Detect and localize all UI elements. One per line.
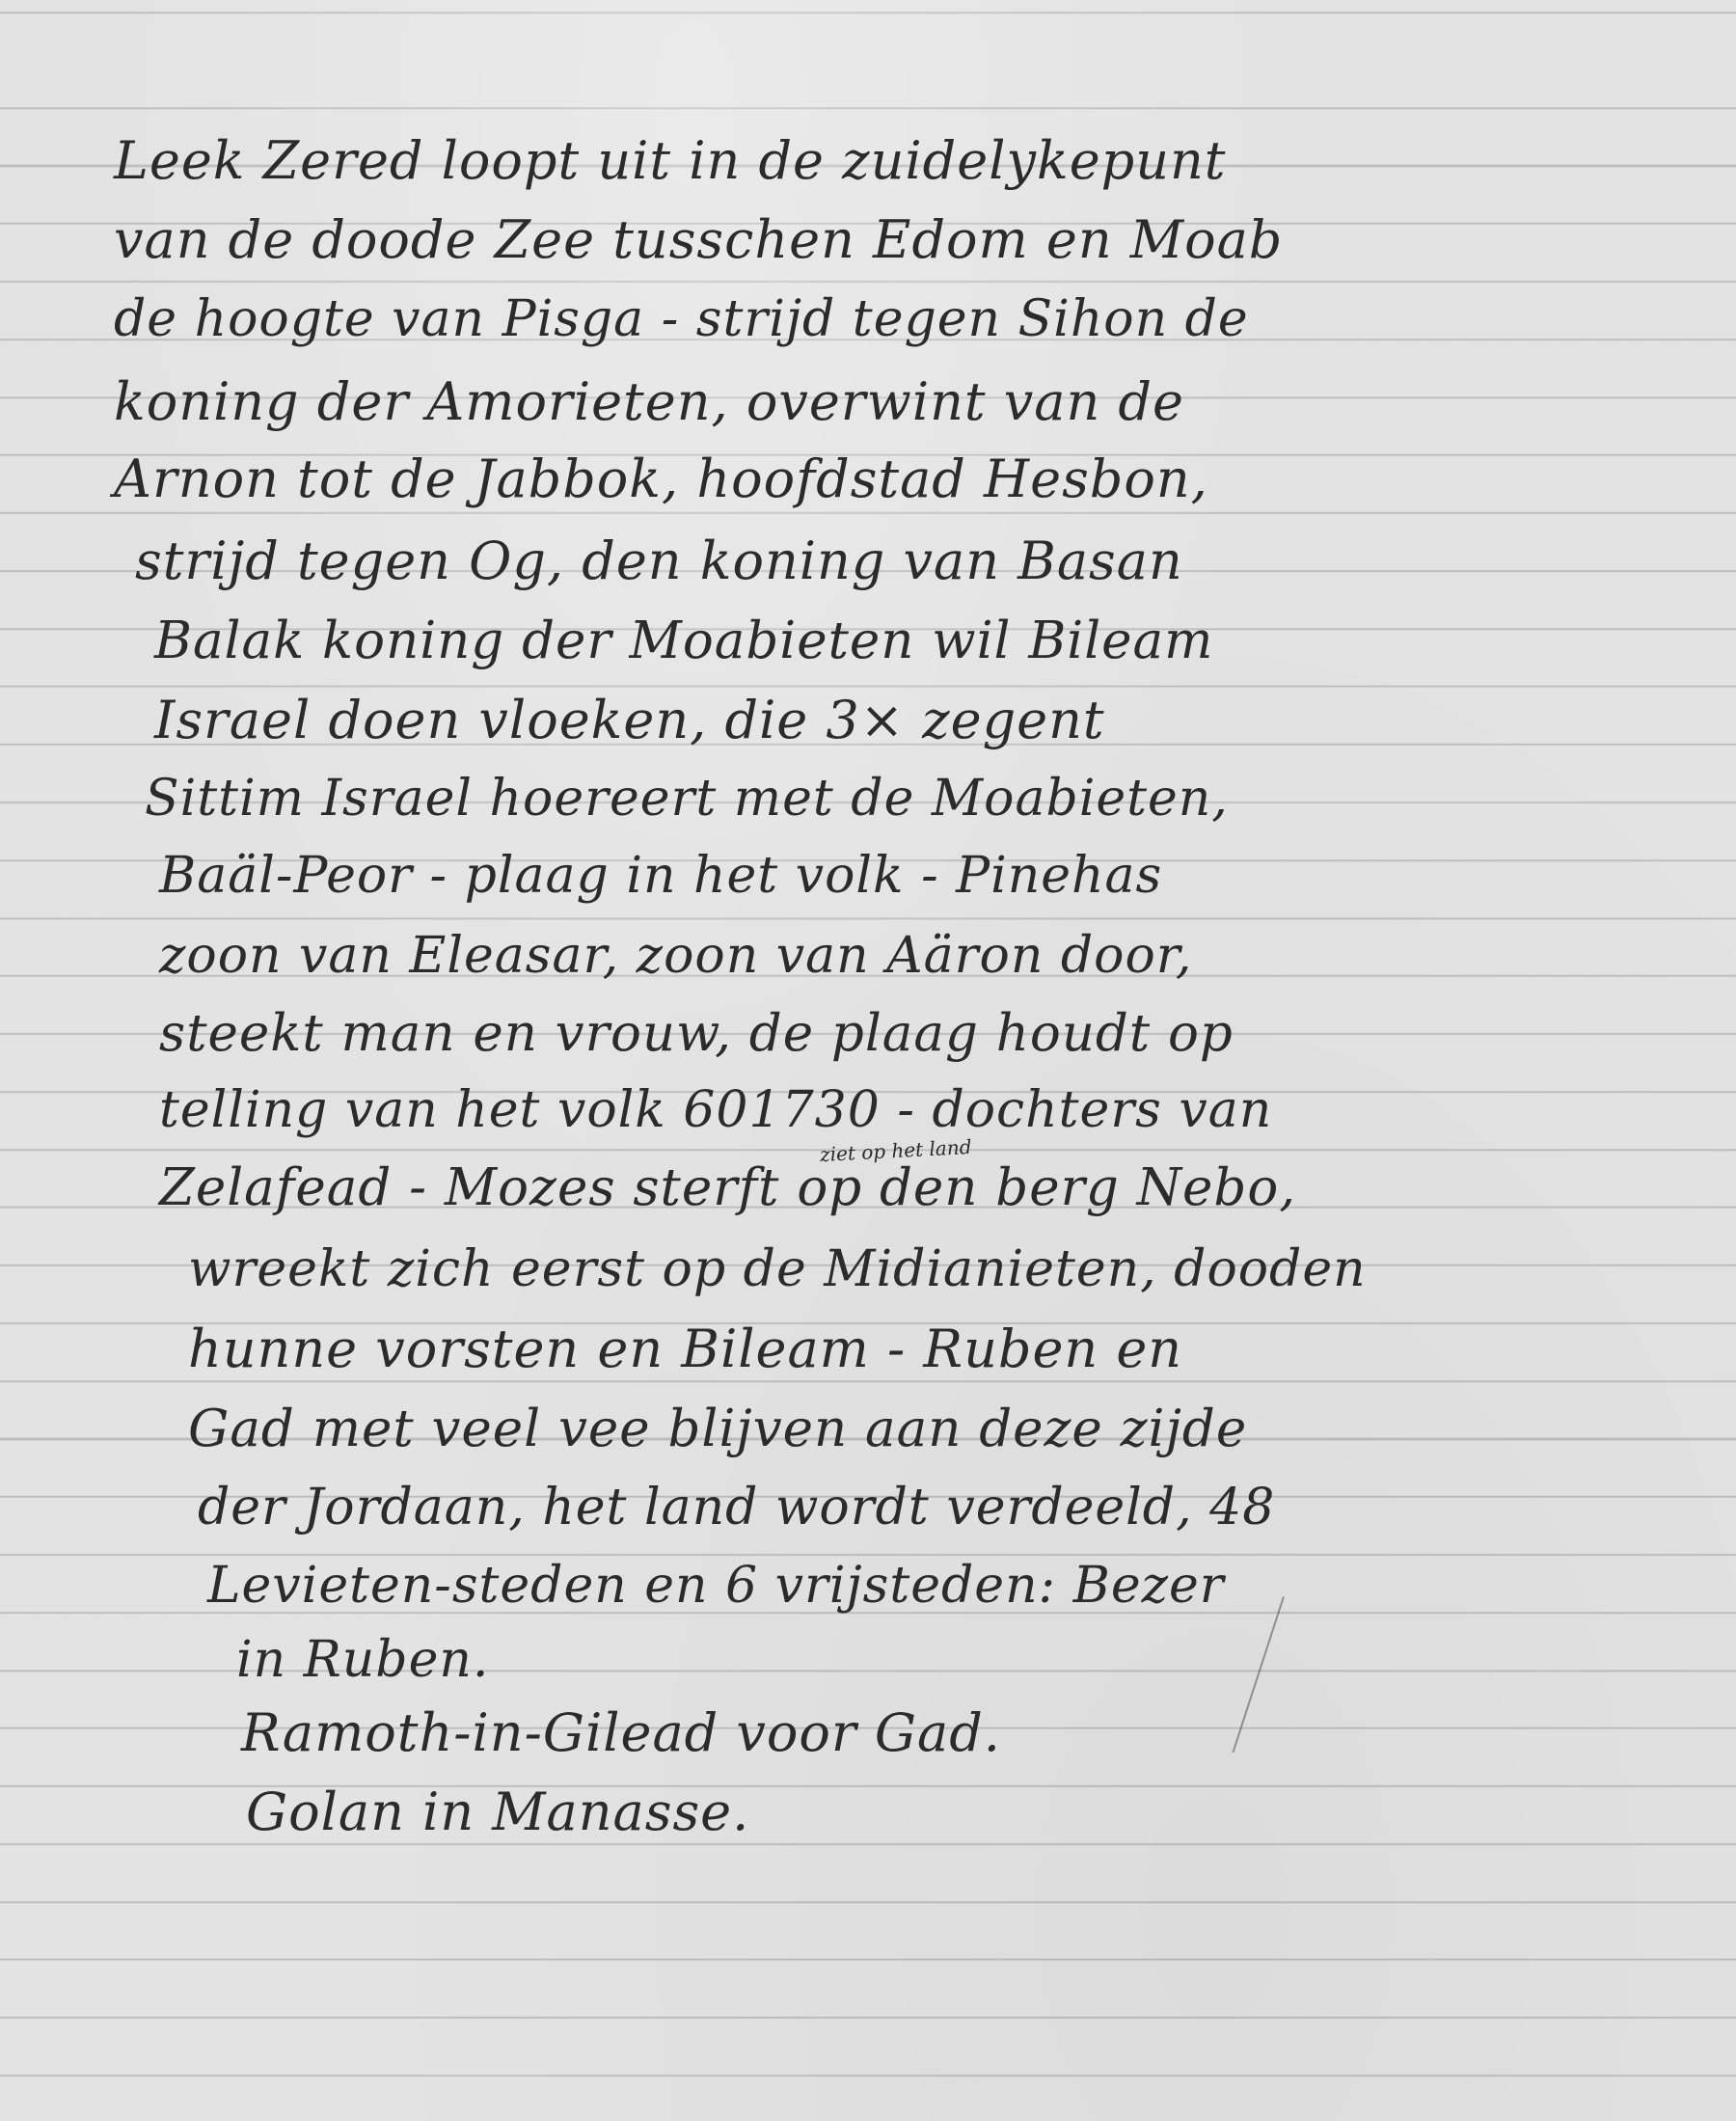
handwritten-line-9: Sittim Israel hoereert met de Moabieten, bbox=[145, 774, 1229, 824]
handwritten-line-19: Levieten-steden en 6 vrijsteden: Bezer bbox=[207, 1561, 1225, 1611]
handwritten-line-13: telling van het volk 601730 - dochters v… bbox=[159, 1085, 1272, 1135]
handwritten-line-5: Arnon tot de Jabbok, hoofdstad Hesbon, bbox=[114, 453, 1208, 505]
handwritten-line-6: strijd tegen Og, den koning van Basan bbox=[135, 535, 1183, 587]
handwritten-line-20: in Ruben. bbox=[236, 1635, 489, 1685]
handwritten-line-21: Ramoth-in-Gilead voor Gad. bbox=[241, 1707, 1001, 1759]
handwritten-line-14: Zelafead - Mozes sterft op den berg Nebo… bbox=[159, 1162, 1296, 1213]
notebook-page: Leek Zered loopt uit in de zuidelykepunt… bbox=[0, 0, 1736, 2121]
handwritten-line-3: de hoogte van Pisga - strijd tegen Sihon… bbox=[114, 294, 1249, 344]
handwritten-line-4: koning der Amorieten, overwint van de bbox=[114, 376, 1184, 428]
handwritten-line-8: Israel doen vloeken, die 3× zegent bbox=[154, 694, 1105, 747]
handwritten-line-16: hunne vorsten en Bileam - Ruben en bbox=[188, 1323, 1182, 1375]
pencil-stroke-mark bbox=[1232, 1596, 1284, 1753]
handwritten-line-15: wreekt zich eerst op de Midianieten, doo… bbox=[188, 1244, 1367, 1294]
handwritten-line-22: Golan in Manasse. bbox=[246, 1786, 749, 1838]
handwritten-line-1: Leek Zered loopt uit in de zuidelykepunt bbox=[114, 135, 1227, 187]
handwritten-line-18: der Jordaan, het land wordt verdeeld, 48 bbox=[198, 1482, 1275, 1533]
handwritten-line-12: steekt man en vrouw, de plaag houdt op bbox=[159, 1008, 1234, 1059]
handwritten-line-11: zoon van Eleasar, zoon van Aäron door, bbox=[159, 931, 1192, 981]
handwritten-line-17: Gad met veel vee blijven aan deze zijde bbox=[188, 1403, 1247, 1455]
handwritten-line-7: Balak koning der Moabieten wil Bileam bbox=[154, 615, 1213, 666]
handwritten-line-2: van de doode Zee tusschen Edom en Moab bbox=[114, 214, 1283, 266]
handwritten-line-10: Baäl-Peor - plaag in het volk - Pinehas bbox=[159, 851, 1162, 901]
